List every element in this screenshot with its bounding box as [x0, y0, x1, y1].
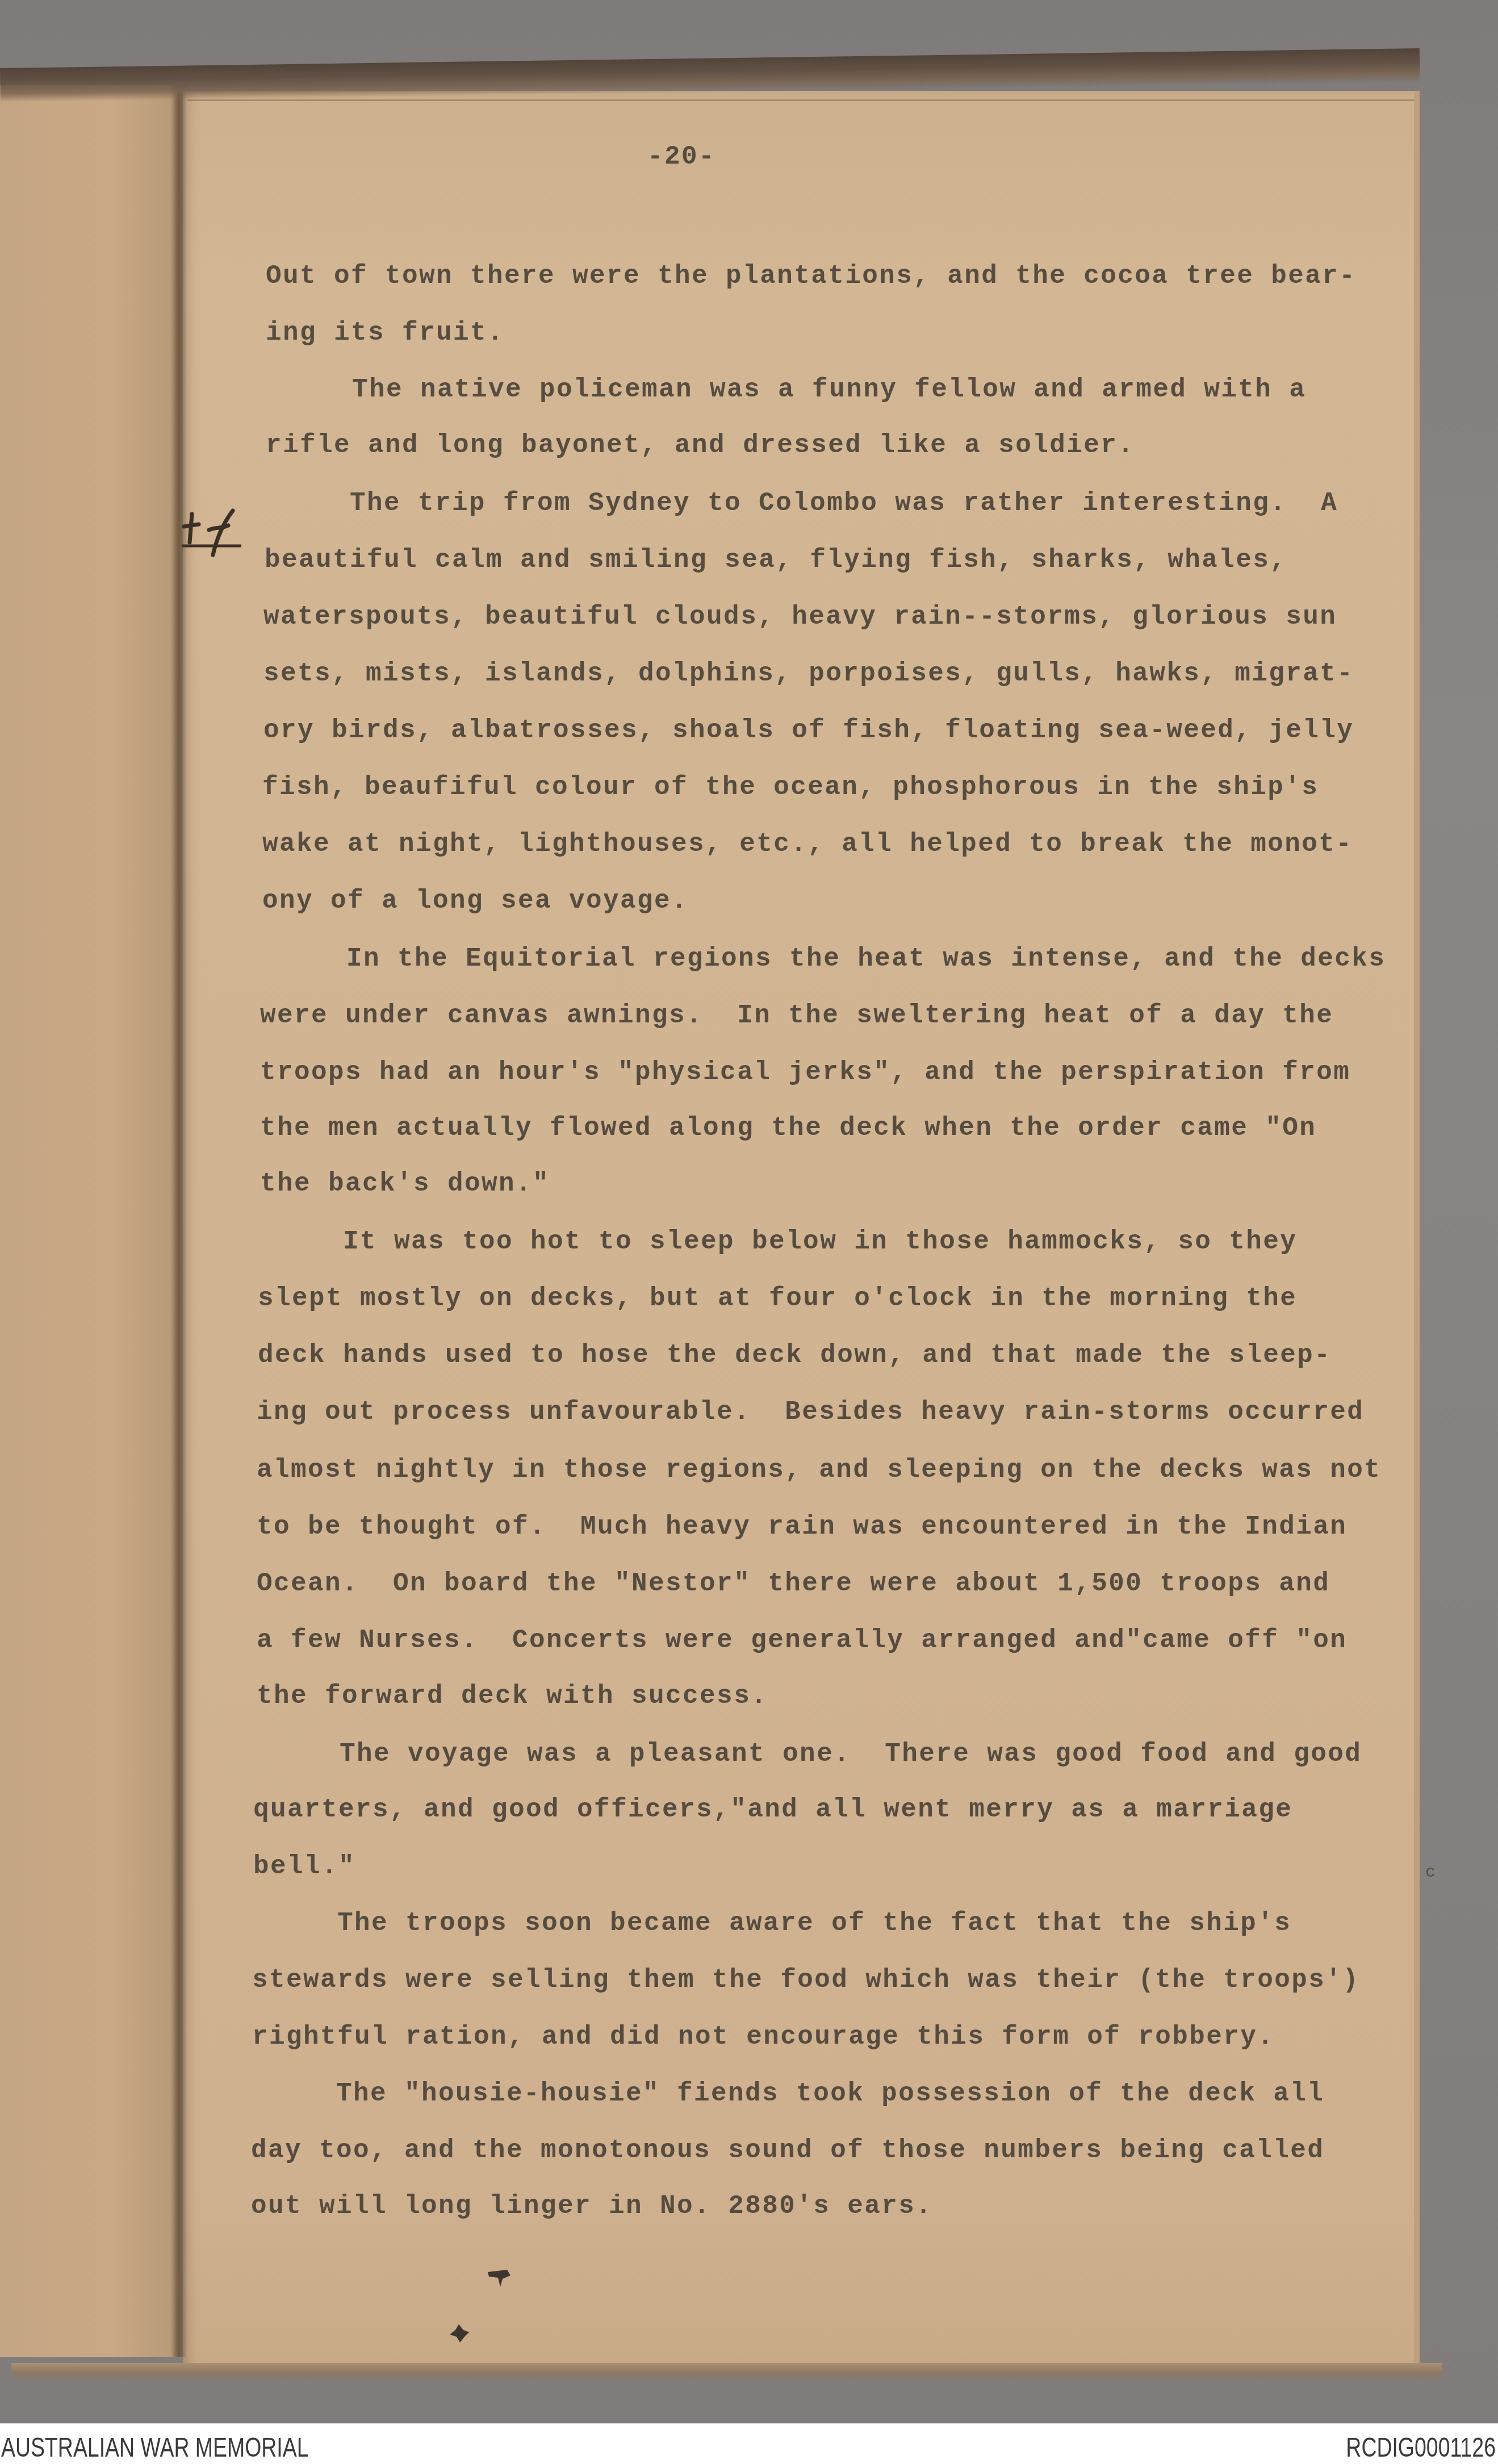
- text-line: troops had an hour's "physical jerks", a…: [260, 1058, 1350, 1087]
- text-line: It was too hot to sleep below in those h…: [343, 1227, 1297, 1256]
- binding-gutter: [170, 85, 186, 2357]
- previous-page-edge: [0, 85, 182, 2357]
- text-line: In the Equitorial regions the heat was i…: [346, 944, 1386, 974]
- text-line: The troops soon became aware of the fact…: [337, 1908, 1291, 1938]
- text-line: the back's down.": [260, 1169, 550, 1198]
- text-line: almost nightly in those regions, and sle…: [257, 1455, 1381, 1485]
- text-line: The voyage was a pleasant one. There was…: [340, 1739, 1362, 1769]
- page-number: -20-: [647, 142, 715, 172]
- ink-blot-1: [486, 2266, 514, 2289]
- text-line: wake at night, lighthouses, etc., all he…: [262, 829, 1353, 859]
- text-line: to be thought of. Much heavy rain was en…: [257, 1512, 1347, 1542]
- text-line: ory birds, albatrosses, shoals of fish, …: [263, 716, 1354, 745]
- text-line: a few Nurses. Concerts were generally ar…: [257, 1626, 1347, 1655]
- text-line: waterspouts, beautiful clouds, heavy rai…: [263, 602, 1337, 632]
- text-line: ony of a long sea voyage.: [262, 886, 688, 916]
- text-line: Out of town there were the plantations, …: [266, 261, 1356, 291]
- text-line: Ocean. On board the "Nestor" there were …: [257, 1569, 1330, 1598]
- accession-id: RCDIG0001126: [1346, 2432, 1496, 2463]
- text-line: the men actually flowed along the deck w…: [260, 1113, 1316, 1143]
- text-line: the forward deck with success.: [257, 1681, 768, 1711]
- text-line: fish, beaufiful colour of the ocean, pho…: [262, 772, 1319, 802]
- text-line: sets, mists, islands, dolphins, porpoise…: [263, 659, 1354, 688]
- text-line: The "housie-housie" fiends took possessi…: [336, 2079, 1324, 2108]
- text-line: bell.": [253, 1852, 355, 1881]
- text-line: quarters, and good officers,"and all wen…: [253, 1795, 1292, 1824]
- text-line: slept mostly on decks, but at four o'clo…: [258, 1284, 1297, 1313]
- text-line: deck hands used to hose the deck down, a…: [258, 1340, 1331, 1370]
- archive-footer: AUSTRALIAN WAR MEMORIAL RCDIG0001126: [0, 2423, 1498, 2464]
- institution-name: AUSTRALIAN WAR MEMORIAL: [1, 2432, 309, 2463]
- page-header-rule: [187, 99, 1414, 101]
- text-line: The native policeman was a funny fellow …: [352, 375, 1306, 404]
- text-line: beautiful calm and smiling sea, flying f…: [265, 545, 1287, 575]
- page-bottom-worn-edge: [11, 2363, 1442, 2380]
- ink-blot-2: [449, 2323, 471, 2346]
- text-line: ing out process unfavourable. Besides he…: [257, 1397, 1364, 1427]
- text-line: day too, and the monotonous sound of tho…: [251, 2136, 1324, 2165]
- text-line: out will long linger in No. 2880's ears.: [251, 2191, 932, 2221]
- handwritten-margin-annotation: [182, 503, 244, 559]
- text-line: ing its fruit.: [266, 318, 504, 348]
- text-line: rightful ration, and did not encourage t…: [252, 2022, 1274, 2052]
- text-line: rifle and long bayonet, and dressed like…: [266, 431, 1135, 460]
- edge-mark: c: [1425, 1863, 1436, 1882]
- text-line: The trip from Sydney to Colombo was rath…: [350, 488, 1338, 518]
- text-line: stewards were selling them the food whic…: [252, 1965, 1359, 1995]
- text-line: were under canvas awnings. In the swelte…: [260, 1001, 1333, 1030]
